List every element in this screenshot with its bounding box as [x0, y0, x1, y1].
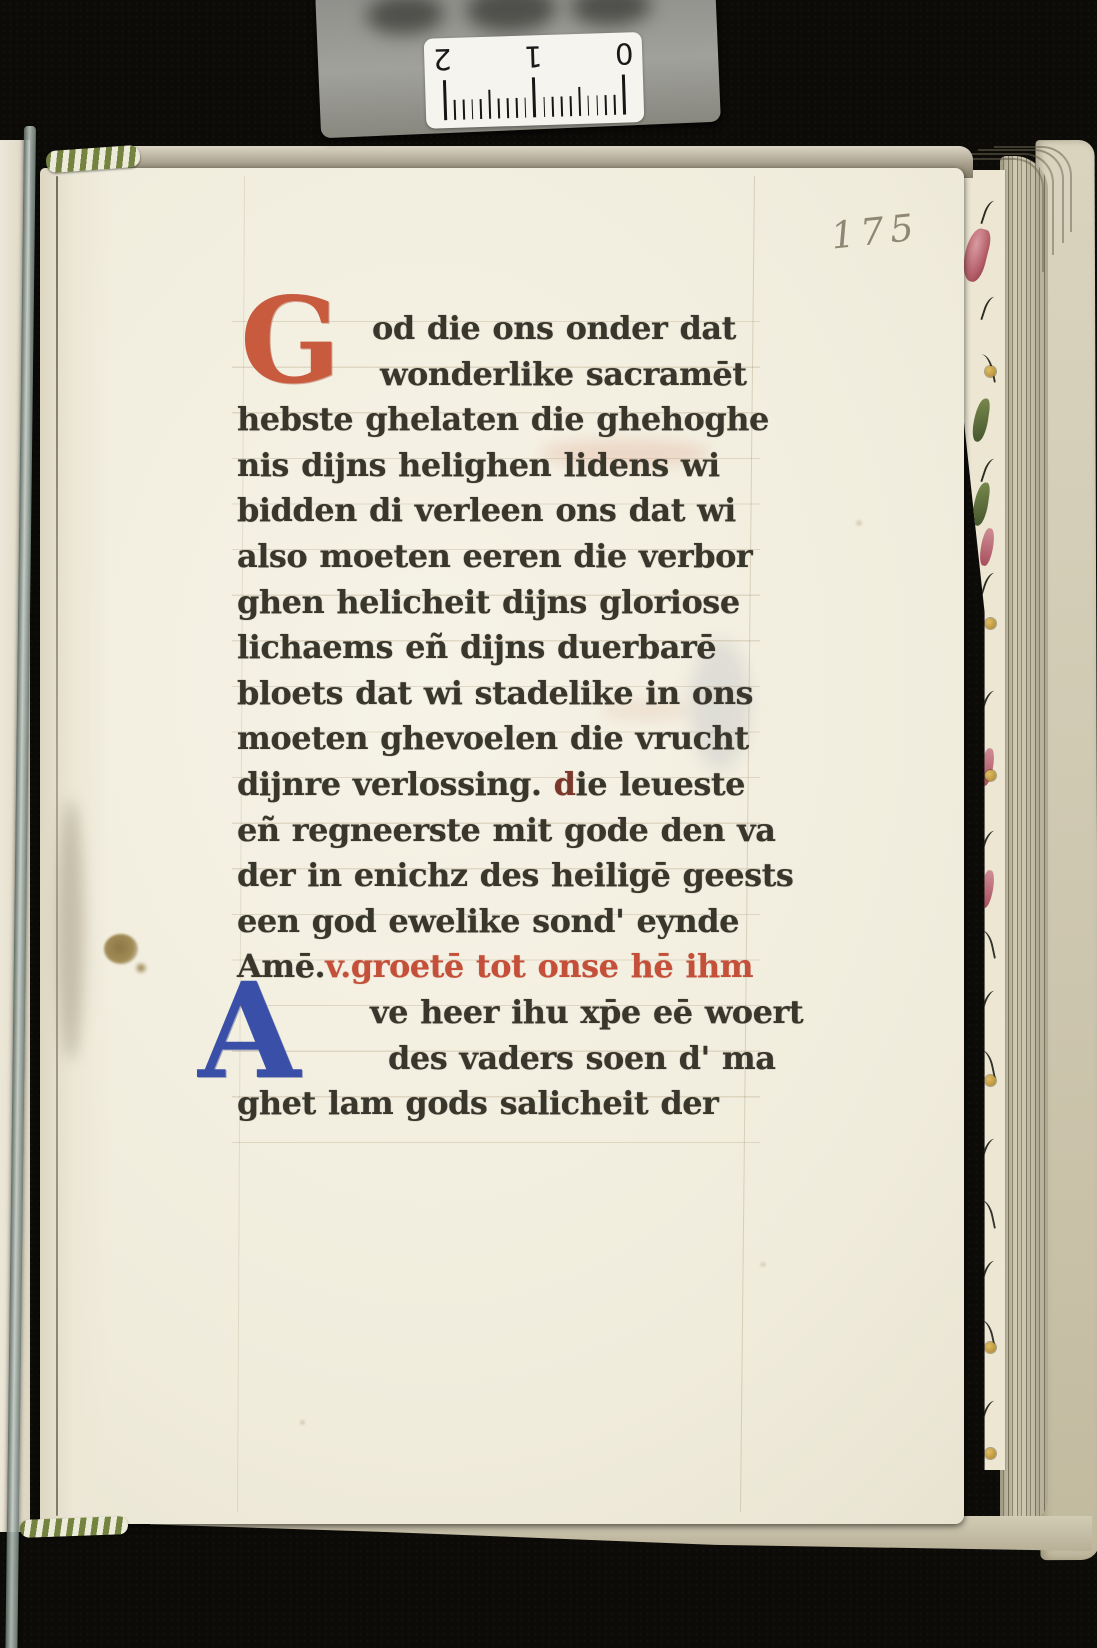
- edge-decoration-dot-gold: [985, 618, 996, 629]
- ruler-tick: [454, 100, 456, 120]
- body-text: moeten ghevoelen die vrucht: [237, 719, 749, 757]
- ruler-tick: [480, 99, 482, 119]
- edge-decoration-penwork: [976, 929, 996, 961]
- endband-tail: [20, 1516, 129, 1538]
- folio-number: 175: [829, 205, 922, 257]
- body-text: ve heer ihu xp̄e eē woert: [370, 993, 803, 1031]
- ruler-tick: [578, 87, 581, 116]
- ruler-tick: [524, 98, 526, 118]
- edge-decoration-petal-pink: [978, 869, 996, 909]
- fore-edge-page-stack: [1000, 156, 1048, 1524]
- ruler-tick: [498, 98, 500, 118]
- text-line-3: hebste ghelaten die ghehoghe: [237, 397, 769, 443]
- text-line-17: des vaders soen d' ma: [388, 1036, 776, 1082]
- body-text: dijnre verlossing.: [237, 765, 554, 803]
- body-text: bloets dat wi stadelike in ons: [237, 674, 753, 712]
- text-line-8: lichaems eñ dijns duerbarē: [237, 625, 716, 671]
- ruler-tick: [622, 74, 626, 114]
- text-line-4: nis dijns helighen lidens wi: [237, 443, 720, 489]
- body-text: also moeten eeren die verbor: [237, 537, 752, 575]
- body-text: ghen helicheit dijns gloriose: [237, 583, 740, 621]
- text-line-12: eñ regneerste mit gode den va: [237, 808, 776, 854]
- ruler-number: 1: [524, 40, 543, 73]
- card-shadow: [365, 0, 445, 36]
- body-text: hebste ghelaten die ghehoghe: [237, 400, 769, 438]
- edge-decoration-squiggle: [980, 989, 999, 1017]
- body-text: Amē.: [237, 947, 325, 985]
- edge-decoration-petal-pink: [978, 527, 996, 567]
- text-line-9: bloets dat wi stadelike in ons: [237, 671, 753, 717]
- ruler-label: 012: [424, 32, 645, 129]
- body-text: der in enichz des heiligē geests: [237, 856, 793, 894]
- body-text: nis dijns helighen lidens wi: [237, 446, 720, 484]
- edge-decoration-squiggle: [980, 1137, 999, 1165]
- text-line-5: bidden di verleen ons dat wi: [237, 488, 736, 534]
- ruler-tick: [614, 95, 616, 115]
- ruler-tick: [543, 97, 545, 117]
- edge-decoration-squiggle: [980, 199, 999, 227]
- edge-decoration-squiggle: [980, 829, 999, 857]
- edge-decoration-squiggle: [980, 457, 999, 485]
- ruler-tick: [489, 90, 492, 119]
- text-line-13: der in enichz des heiligē geests: [237, 853, 793, 899]
- edge-decoration-squiggle: [980, 1399, 999, 1427]
- ruler-tick: [596, 95, 598, 115]
- edge-decoration-squiggle: [980, 1259, 999, 1287]
- text-line-1: od die ons onder dat: [372, 306, 736, 352]
- edge-decoration-squiggle: [980, 689, 999, 717]
- edge-decoration-penwork: [976, 1199, 996, 1231]
- ruler-tick: [587, 96, 589, 116]
- ruler-tick: [471, 99, 473, 119]
- ruler-tick: [605, 95, 607, 115]
- ruler-tick: [515, 98, 517, 118]
- ruler-tick: [569, 96, 571, 116]
- body-text: ghet lam gods salicheit der: [237, 1084, 718, 1122]
- body-text: lichaems eñ dijns duerbarē: [237, 628, 716, 666]
- ruler-tick: [443, 80, 447, 120]
- edge-decoration-dot-gold: [985, 366, 996, 377]
- body-text: bidden di verleen ons dat wi: [237, 491, 736, 529]
- text-line-10: moeten ghevoelen die vrucht: [237, 716, 749, 762]
- ruler-tick: [462, 100, 464, 120]
- gutter-crease: [56, 176, 58, 1516]
- card-shadow: [465, 0, 557, 34]
- ruler-numbers: 012: [442, 38, 625, 76]
- ruler-ticks: [443, 72, 626, 120]
- text-line-15: Amē.v.groetē tot onse hē ihm: [237, 944, 753, 990]
- ruler-tick: [552, 97, 554, 117]
- text-line-6: also moeten eeren die verbor: [237, 534, 752, 580]
- text-line-14: een god ewelike sond' eynde: [237, 899, 739, 945]
- ruler-number: 0: [614, 37, 633, 70]
- text-line-2: wonderlike sacramēt: [380, 352, 747, 398]
- edge-decoration-dot-gold: [985, 770, 996, 781]
- stain: [58, 800, 84, 1060]
- body-text: een god ewelike sond' eynde: [237, 902, 739, 940]
- body-text: wonderlike sacramēt: [380, 355, 747, 393]
- card-shadow: [570, 0, 652, 28]
- rubric-text: v.groetē tot onse hē ihm: [325, 947, 753, 985]
- ruler-tick: [507, 98, 509, 118]
- ruler-tick: [532, 77, 536, 117]
- text-line-7: ghen helicheit dijns gloriose: [237, 580, 740, 626]
- edge-decoration-petal-pink: [978, 747, 996, 787]
- ruler-number: 2: [433, 43, 452, 76]
- body-text: eñ regneerste mit gode den va: [237, 811, 776, 849]
- edge-decoration-leaf-green: [971, 481, 991, 527]
- stain: [104, 934, 138, 964]
- edge-decoration-leaf-green: [971, 397, 991, 443]
- foxing-spot: [300, 1420, 305, 1425]
- initial-G: G: [240, 282, 341, 400]
- foxing-spot: [760, 1262, 766, 1267]
- scale-card: 012: [315, 0, 721, 138]
- edge-decoration-dot-gold: [985, 1342, 996, 1353]
- text-line-18: ghet lam gods salicheit der: [237, 1081, 718, 1127]
- text-line-11: dijnre verlossing. die leueste: [237, 762, 745, 808]
- stain: [134, 962, 148, 974]
- body-text: des vaders soen d' ma: [388, 1039, 776, 1077]
- ruler-tick: [561, 96, 563, 116]
- text-line-16: ve heer ihu xp̄e eē woert: [370, 990, 803, 1036]
- body-text: od die ons onder dat: [372, 309, 736, 347]
- edge-decoration-squiggle: [980, 295, 999, 323]
- edge-decoration-dot-gold: [985, 1448, 996, 1459]
- manuscript-photo: 012 175 G A od die ons onder datwonderli…: [0, 0, 1097, 1648]
- body-text: d: [554, 765, 576, 803]
- edge-decoration-dot-gold: [985, 1075, 996, 1086]
- body-text: ie leueste: [576, 765, 745, 803]
- edge-decoration-squiggle: [980, 571, 999, 599]
- foxing-spot: [856, 520, 862, 526]
